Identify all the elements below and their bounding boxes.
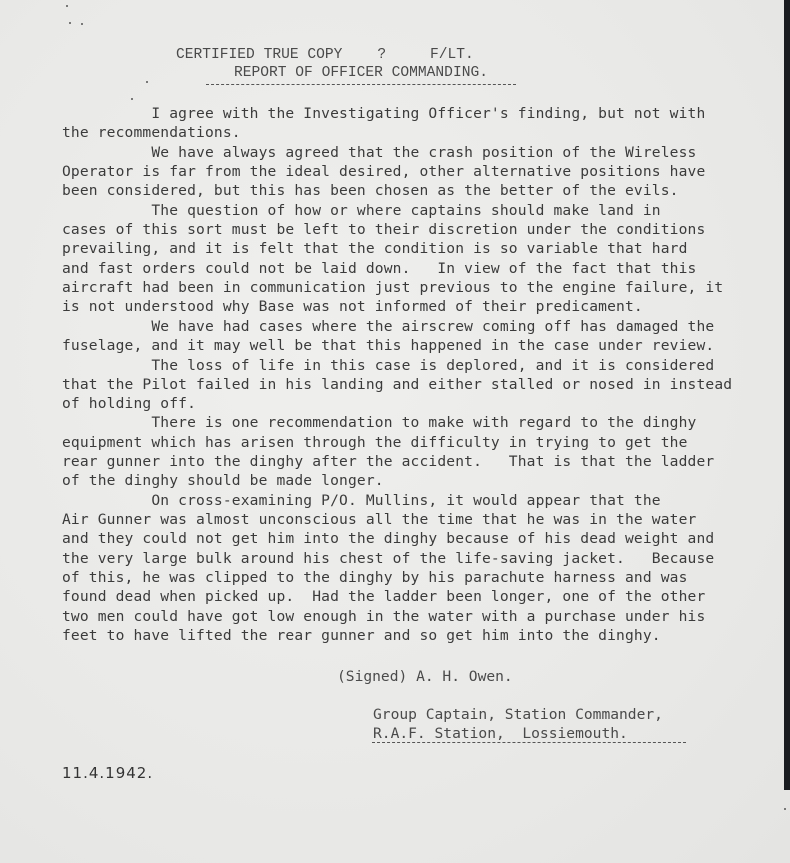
body-line: The question of how or where captains sh… <box>62 201 661 220</box>
signature-title: Group Captain, Station Commander, <box>373 705 663 724</box>
body-line: been considered, but this has been chose… <box>62 181 679 200</box>
signature-signed: (Signed) A. H. Owen. <box>337 667 513 686</box>
body-line: I agree with the Investigating Officer's… <box>62 104 705 123</box>
body-line: feet to have lifted the rear gunner and … <box>62 626 661 645</box>
body-line: We have always agreed that the crash pos… <box>62 143 696 162</box>
scan-speck <box>784 808 786 810</box>
body-line: and fast orders could not be laid down. … <box>62 259 696 278</box>
body-line: is not understood why Base was not infor… <box>62 297 643 316</box>
body-line: that the Pilot failed in his landing and… <box>62 375 732 394</box>
body-line: There is one recommendation to make with… <box>62 413 696 432</box>
body-line: On cross-examining P/O. Mullins, it woul… <box>62 491 661 510</box>
scan-speck <box>146 81 148 83</box>
body-line: the recommendations. <box>62 123 241 142</box>
scan-speck <box>131 98 133 100</box>
body-line: the very large bulk around his chest of … <box>62 549 714 568</box>
body-line: prevailing, and it is felt that the cond… <box>62 239 688 258</box>
body-line: aircraft had been in communication just … <box>62 278 723 297</box>
signature-station: R.A.F. Station, Lossiemouth. <box>373 724 628 743</box>
document-date: 11.4.1942. <box>62 764 153 782</box>
body-line: of holding off. <box>62 394 196 413</box>
body-line: Air Gunner was almost unconscious all th… <box>62 510 696 529</box>
document-header-title: REPORT OF OFFICER COMMANDING. <box>234 64 488 83</box>
body-line: fuselage, and it may well be that this h… <box>62 336 714 355</box>
scan-speck <box>81 23 83 25</box>
body-line: Operator is far from the ideal desired, … <box>62 162 705 181</box>
header-underline <box>206 84 516 85</box>
body-line: rear gunner into the dinghy after the ac… <box>62 452 714 471</box>
scan-edge-border <box>784 0 790 790</box>
document-header-line1: CERTIFIED TRUE COPY ? F/LT. <box>176 46 474 65</box>
body-line: We have had cases where the airscrew com… <box>62 317 714 336</box>
body-line: The loss of life in this case is deplore… <box>62 356 714 375</box>
body-line: of the dinghy should be made longer. <box>62 471 384 490</box>
signature-underline <box>372 742 686 743</box>
body-line: equipment which has arisen through the d… <box>62 433 688 452</box>
body-line: cases of this sort must be left to their… <box>62 220 705 239</box>
body-line: two men could have got low enough in the… <box>62 607 705 626</box>
body-line: found dead when picked up. Had the ladde… <box>62 587 705 606</box>
scan-speck <box>66 5 68 7</box>
body-line: of this, he was clipped to the dinghy by… <box>62 568 688 587</box>
scan-speck <box>69 22 71 24</box>
body-line: and they could not get him into the ding… <box>62 529 714 548</box>
